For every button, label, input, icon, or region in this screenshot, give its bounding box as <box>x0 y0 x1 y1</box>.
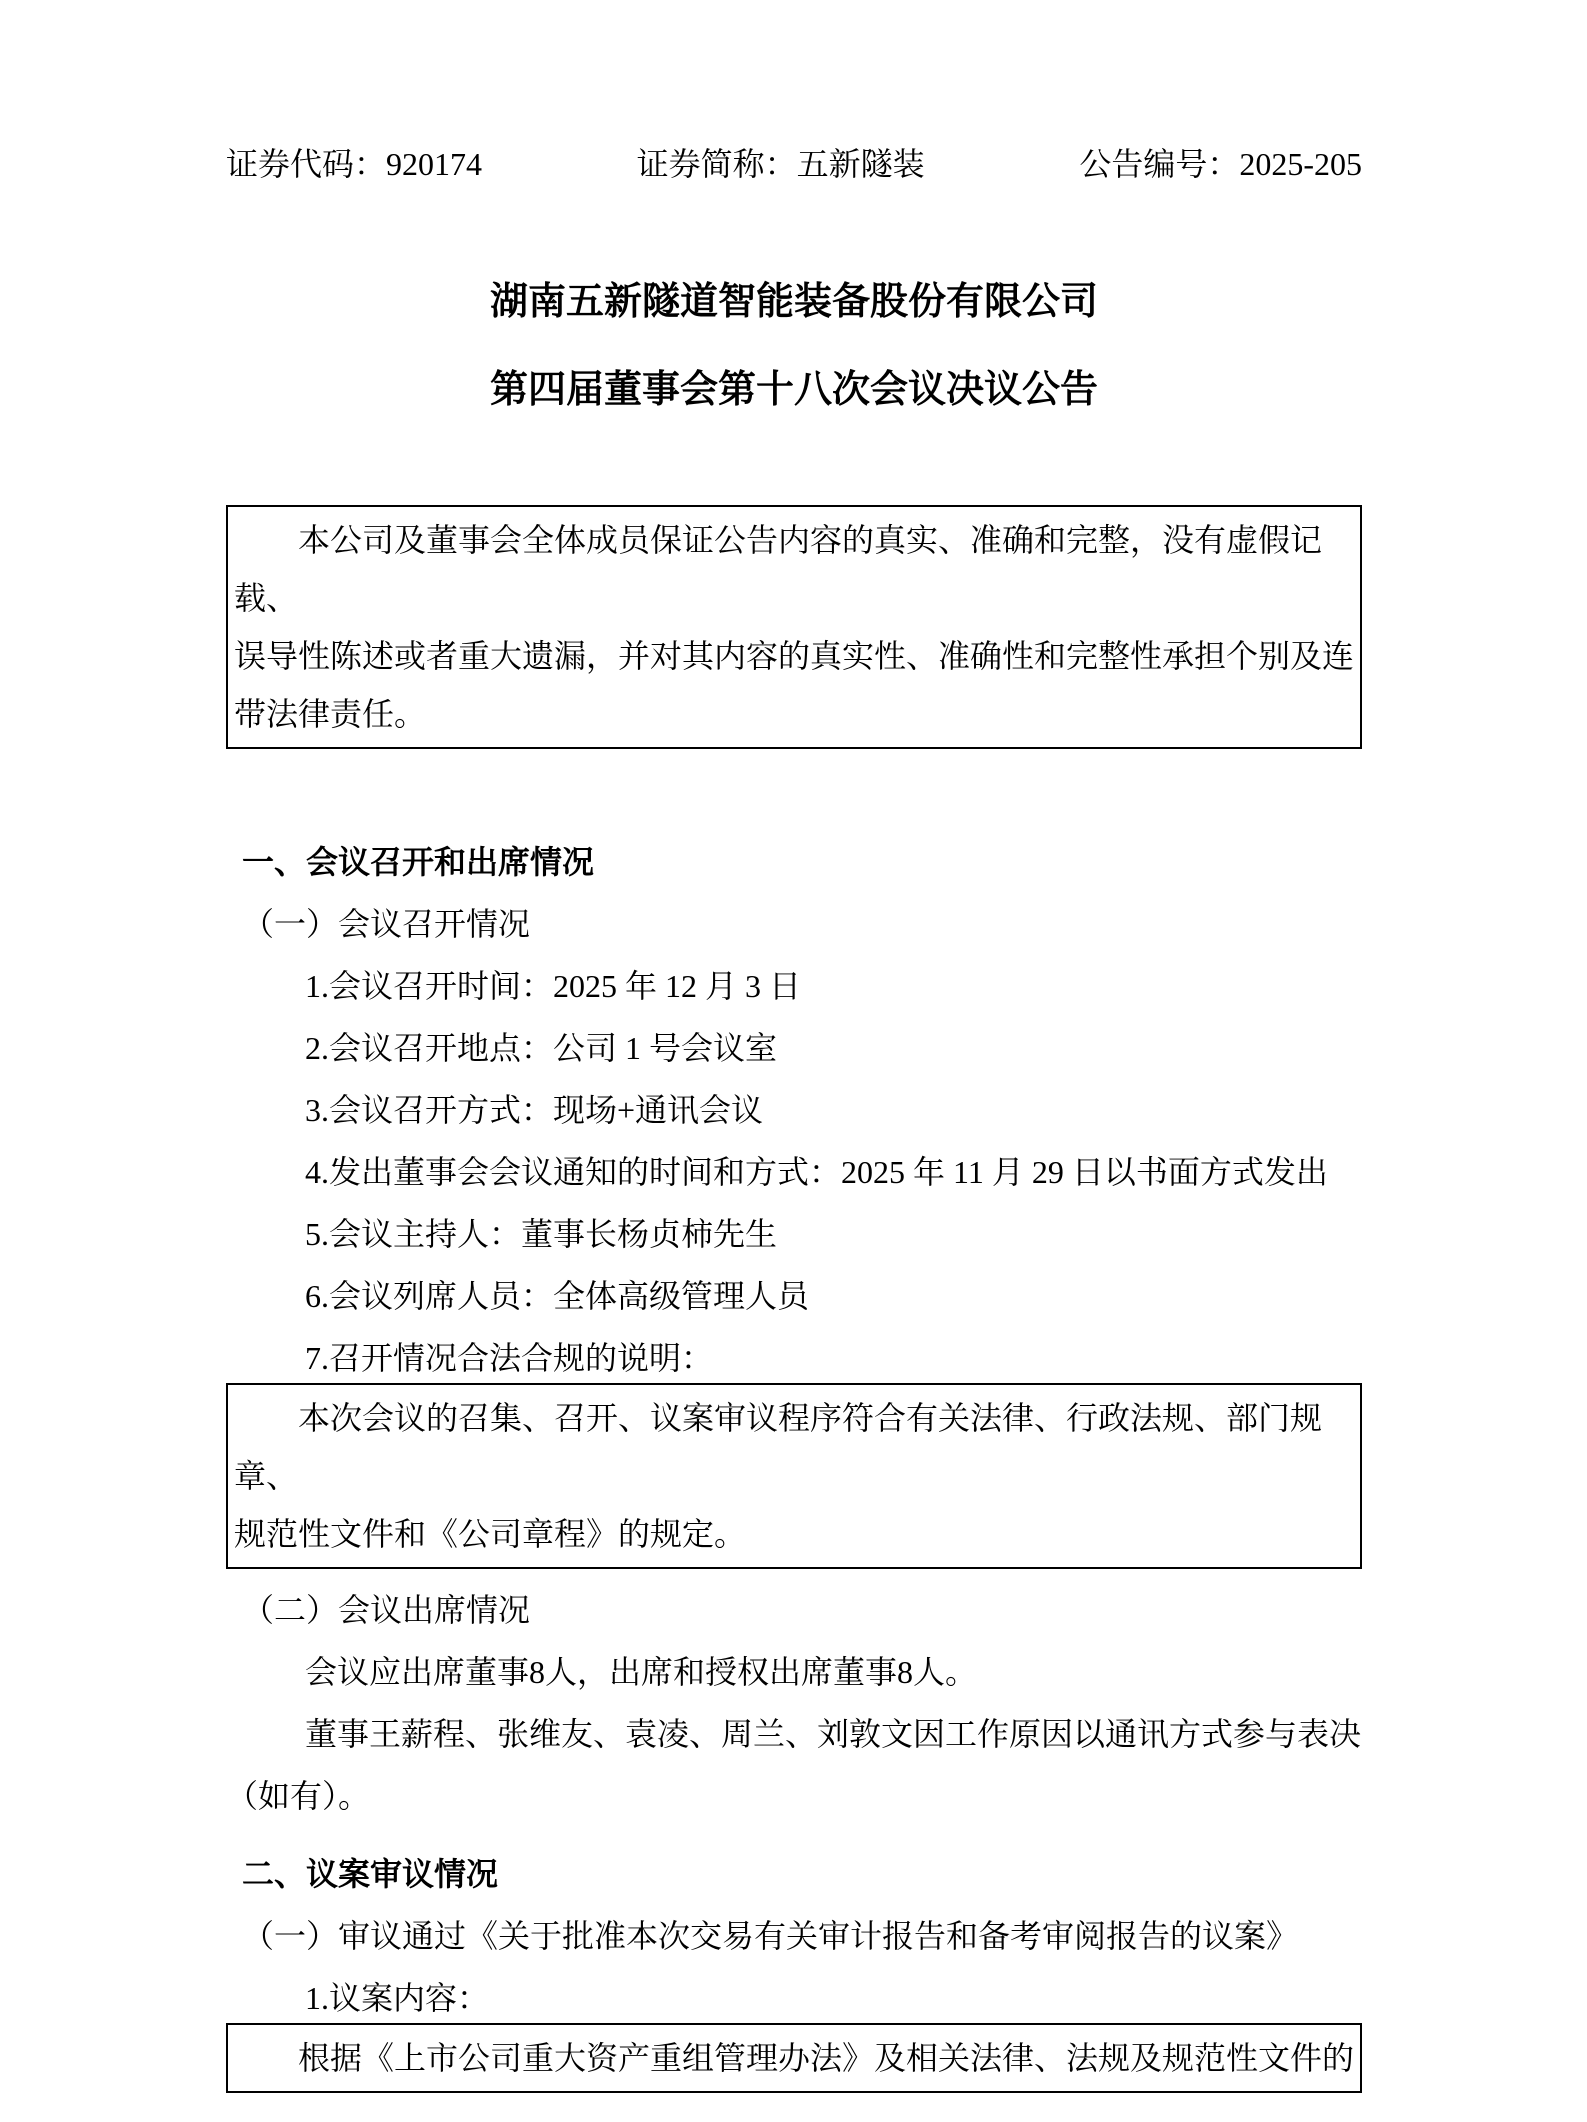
attendance-remote-directors: 董事王薪程、张维友、袁凌、周兰、刘敦文因工作原因以通讯方式参与表决 <box>226 1703 1362 1765</box>
section2-sub1-heading: （一）审议通过《关于批准本次交易有关审计报告和备考审阅报告的议案》 <box>226 1905 1362 1967</box>
disclaimer-line: 误导性陈述或者重大遗漏，并对其内容的真实性、准确性和完整性承担个别及连 <box>234 627 1354 685</box>
meeting-item-host: 5.会议主持人：董事长杨贞柿先生 <box>226 1203 1362 1265</box>
doc-subtitle: 第四届董事会第十八次会议决议公告 <box>226 346 1362 434</box>
meeting-item-time: 1.会议召开时间：2025 年 12 月 3 日 <box>226 955 1362 1017</box>
section2-heading: 二、议案审议情况 <box>226 1843 1362 1905</box>
stock-short-name: 证券简称：五新隧装 <box>637 144 925 184</box>
company-title: 湖南五新隧道智能装备股份有限公司 <box>226 258 1362 346</box>
document-header-row: 证券代码：920174 证券简称：五新隧装 公告编号：2025-205 <box>226 144 1362 184</box>
section1-sub2-heading: （二）会议出席情况 <box>226 1579 1362 1641</box>
proposal-content-label: 1.议案内容： <box>226 1967 1362 2029</box>
section1-heading: 一、会议召开和出席情况 <box>226 831 1362 893</box>
legality-box: 本次会议的召集、召开、议案审议程序符合有关法律、行政法规、部门规章、 规范性文件… <box>226 1383 1362 1569</box>
meeting-item-observers: 6.会议列席人员：全体高级管理人员 <box>226 1265 1362 1327</box>
announcement-document: 证券代码：920174 证券简称：五新隧装 公告编号：2025-205 湖南五新… <box>0 0 1587 2122</box>
meeting-item-place: 2.会议召开地点：公司 1 号会议室 <box>226 1017 1362 1079</box>
announcement-number: 公告编号：2025-205 <box>1079 144 1362 184</box>
title-block: 湖南五新隧道智能装备股份有限公司 第四届董事会第十八次会议决议公告 <box>226 258 1362 434</box>
meeting-item-legality: 7.召开情况合法合规的说明： <box>226 1327 1362 1389</box>
disclaimer-line: 带法律责任。 <box>234 685 1354 743</box>
proposal-box: 根据《上市公司重大资产重组管理办法》及相关法律、法规及规范性文件的 <box>226 2023 1362 2093</box>
meeting-item-method: 3.会议召开方式：现场+通讯会议 <box>226 1079 1362 1141</box>
legality-line: 本次会议的召集、召开、议案审议程序符合有关法律、行政法规、部门规章、 <box>234 1389 1354 1505</box>
attendance-remote-continued: （如有）。 <box>226 1765 1362 1827</box>
section1-sub1-heading: （一）会议召开情况 <box>226 893 1362 955</box>
legality-line: 规范性文件和《公司章程》的规定。 <box>234 1505 1354 1563</box>
disclaimer-box: 本公司及董事会全体成员保证公告内容的真实、准确和完整，没有虚假记载、 误导性陈述… <box>226 505 1362 749</box>
meeting-item-notice: 4.发出董事会会议通知的时间和方式：2025 年 11 月 29 日以书面方式发… <box>226 1141 1362 1203</box>
disclaimer-line: 本公司及董事会全体成员保证公告内容的真实、准确和完整，没有虚假记载、 <box>234 511 1354 627</box>
stock-code: 证券代码：920174 <box>226 144 482 184</box>
proposal-line: 根据《上市公司重大资产重组管理办法》及相关法律、法规及规范性文件的 <box>234 2029 1354 2087</box>
attendance-count: 会议应出席董事8人，出席和授权出席董事8人。 <box>226 1641 1362 1703</box>
